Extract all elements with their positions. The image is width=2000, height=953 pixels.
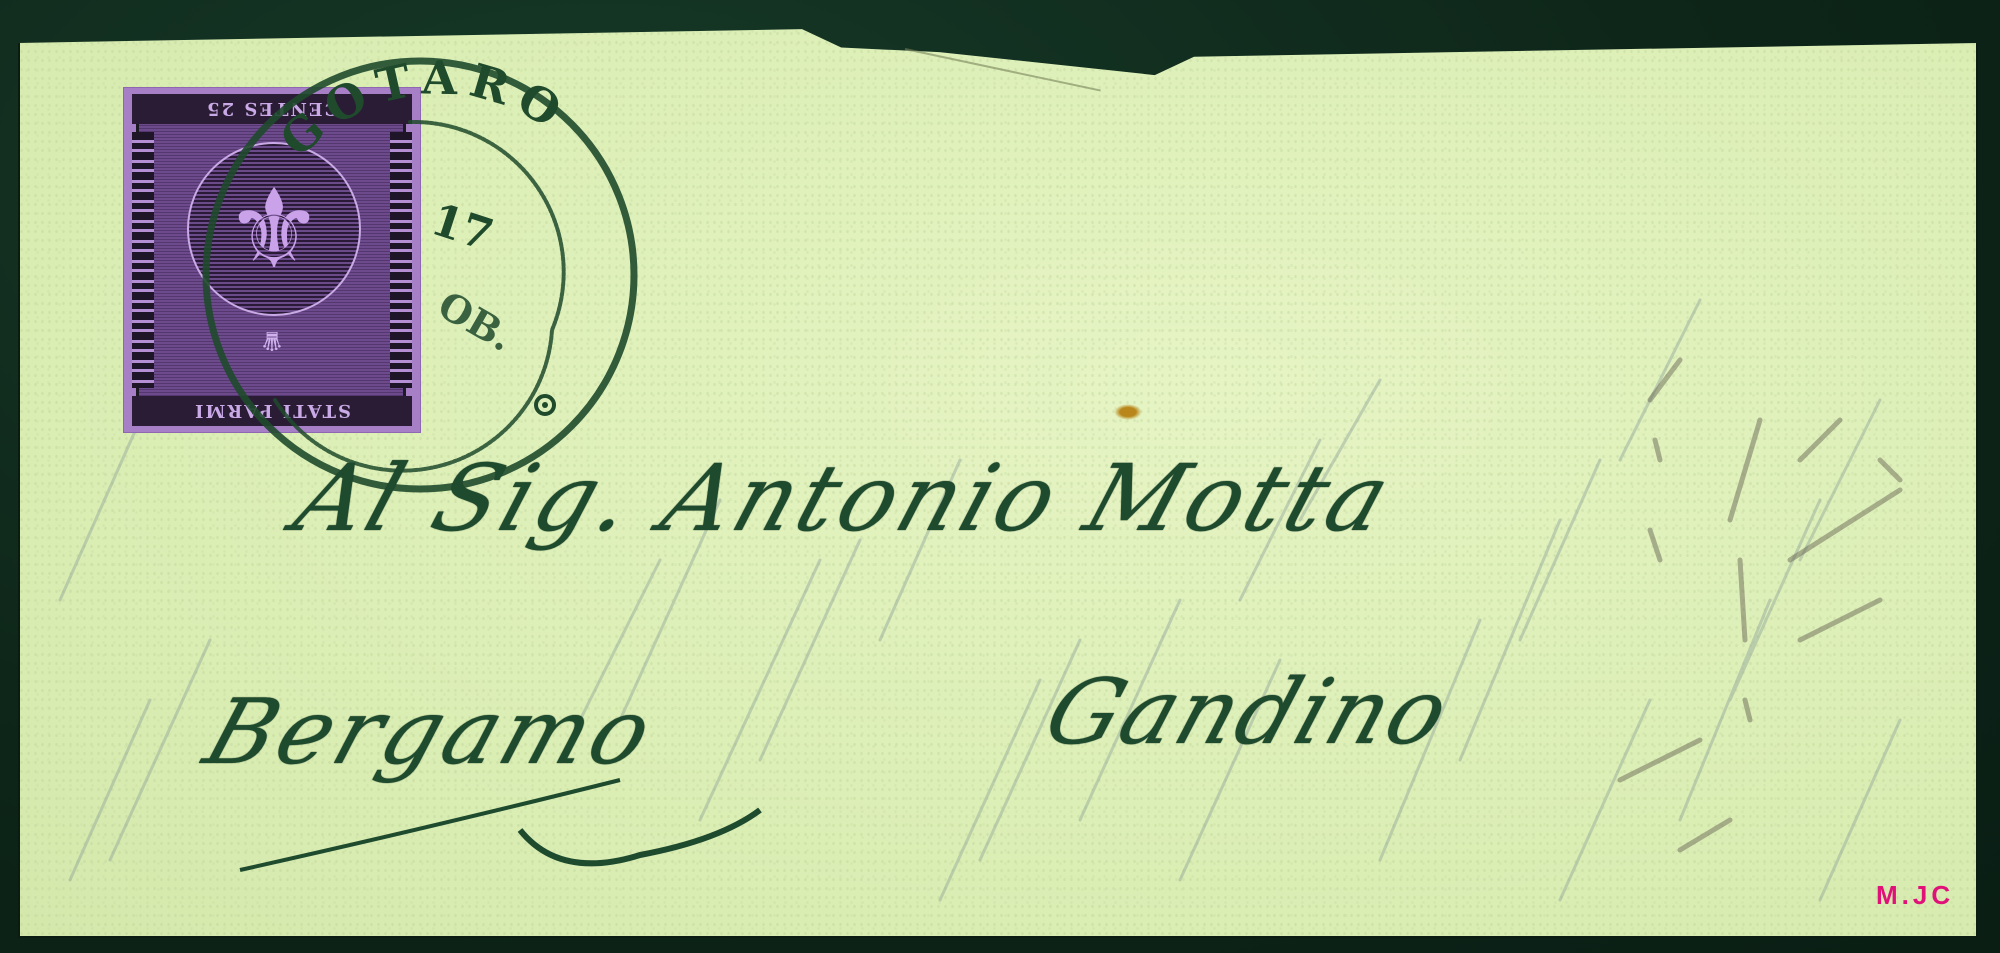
stamp-greek-border-right (390, 132, 412, 388)
stamp-value-text: CENTES 25 (132, 94, 412, 124)
foxing-spot (1114, 404, 1142, 420)
expert-signature-mark: M.JC (1876, 880, 1954, 911)
address-city: Bergamo (193, 680, 668, 785)
address-town: Gandino (1033, 660, 1463, 765)
postage-stamp: CENTES 25 ⚜ ♛ STATI PARMI (124, 88, 420, 432)
stamp-issuer-text: STATI PARMI (132, 396, 412, 426)
crown-icon: ♛ (212, 320, 332, 360)
stamp-greek-border-left (132, 132, 154, 388)
fleur-de-lis-icon: ⚜ (187, 142, 361, 316)
addressee-name: Al Sig. Antonio Motta (283, 445, 1406, 552)
